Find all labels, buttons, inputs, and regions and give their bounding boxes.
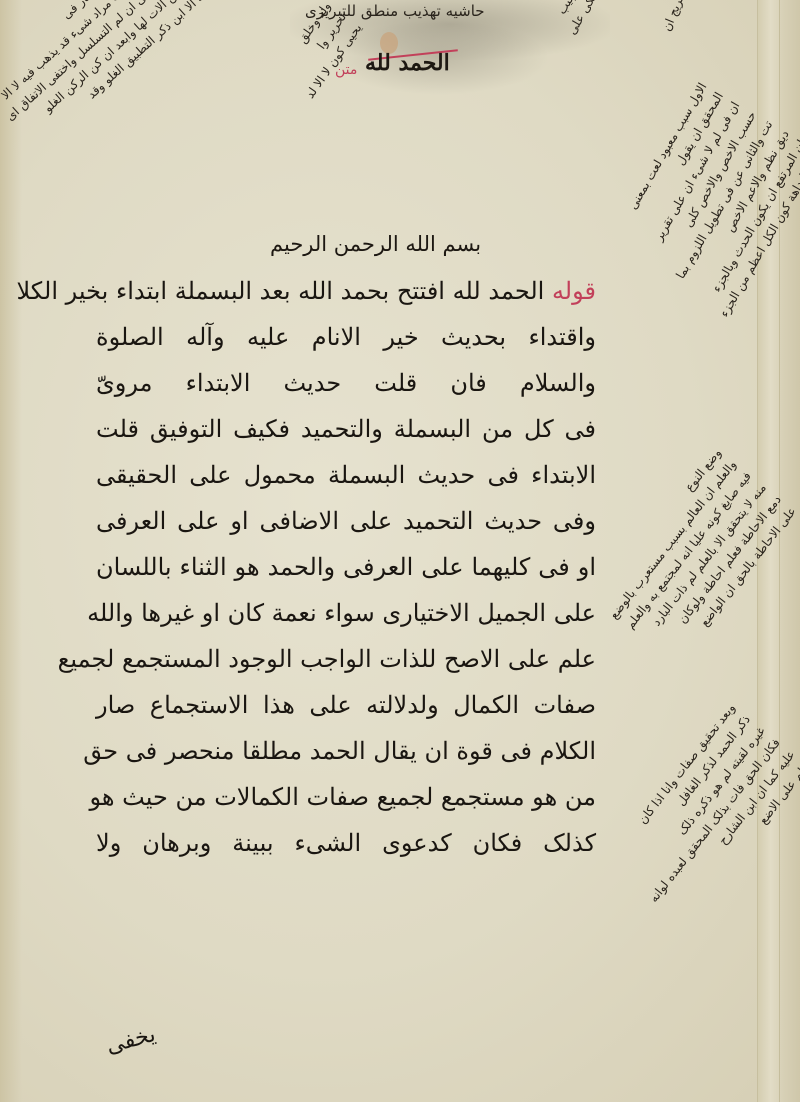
line-text: الحمد لله افتتح بحمد الله بعد البسملة اب… bbox=[16, 277, 551, 305]
line-text: واقتداء بحدیث خیر الانام علیه وآله الصلو… bbox=[96, 323, 596, 351]
page-edge-shadow bbox=[0, 0, 22, 1102]
text-line: او فی کلیهما علی العرفی والحمد هو الثناء… bbox=[96, 544, 596, 590]
line-text: او فی کلیهما علی العرفی والحمد هو الثناء… bbox=[96, 553, 596, 581]
text-line: علی الجمیل الاختیاری سواء نعمة کان او غی… bbox=[96, 590, 596, 636]
line-text: صفات الکمال ولدلالته علی هذا الاستجماع ص… bbox=[96, 691, 596, 719]
line-text: علی الجمیل الاختیاری سواء نعمة کان او غی… bbox=[87, 599, 596, 627]
line-text: فی کل من البسملة والتحمید فکیف التوفیق ق… bbox=[96, 415, 596, 443]
text-line: علم علی الاصح للذات الواجب الوجود المستج… bbox=[96, 636, 596, 682]
line-text: والسلام فان قلت حدیث الابتداء مرویّ bbox=[96, 369, 596, 397]
margin-note-top-left: وقد والمرعی الاصح ان اختصار فی لفظ الجلا… bbox=[0, 0, 232, 154]
opening-heading: الحمد لله bbox=[365, 50, 450, 76]
manuscript-page: حاشیه تهذیب منطق للتبریزی الحمد لله متن … bbox=[0, 0, 800, 1102]
text-line: فی کل من البسملة والتحمید فکیف التوفیق ق… bbox=[96, 406, 596, 452]
text-line: وفی حدیث التحمید علی الاضافی او علی العر… bbox=[96, 498, 596, 544]
basmala: بسم الله الرحمن الرحیم bbox=[270, 232, 481, 256]
text-line: واقتداء بحدیث خیر الانام علیه وآله الصلو… bbox=[96, 314, 596, 360]
line-text: علم علی الاصح للذات الواجب الوجود المستج… bbox=[58, 645, 596, 673]
line-text: کذلک فکان کدعوی الشیء ببینة وبرهان ولا bbox=[96, 829, 596, 857]
line-text: من هو مستجمع لجمیع صفات الکمالات من حیث … bbox=[89, 783, 596, 811]
text-line: صفات الکمال ولدلالته علی هذا الاستجماع ص… bbox=[96, 682, 596, 728]
text-line: والسلام فان قلت حدیث الابتداء مرویّ bbox=[96, 360, 596, 406]
text-line: قوله الحمد لله افتتح بحمد الله بعد البسم… bbox=[96, 268, 596, 314]
rubric-qawluhu: قوله bbox=[552, 277, 596, 305]
text-line: الابتداء فی حدیث البسملة محمول علی الحقی… bbox=[96, 452, 596, 498]
text-line: من هو مستجمع لجمیع صفات الکمالات من حیث … bbox=[96, 774, 596, 820]
catchword: یخفی bbox=[104, 1022, 159, 1059]
line-text: الابتداء فی حدیث البسملة محمول علی الحقی… bbox=[96, 461, 596, 489]
line-text: وفی حدیث التحمید علی الاضافی او علی العر… bbox=[96, 507, 596, 535]
text-line: کذلک فکان کدعوی الشیء ببینة وبرهان ولا bbox=[96, 820, 596, 866]
text-line: الکلام فی قوة ان یقال الحمد مطلقا منحصر … bbox=[96, 728, 596, 774]
line-text: الکلام فی قوة ان یقال الحمد مطلقا منحصر … bbox=[83, 737, 596, 765]
main-text-block: قوله الحمد لله افتتح بحمد الله بعد البسم… bbox=[96, 268, 596, 866]
